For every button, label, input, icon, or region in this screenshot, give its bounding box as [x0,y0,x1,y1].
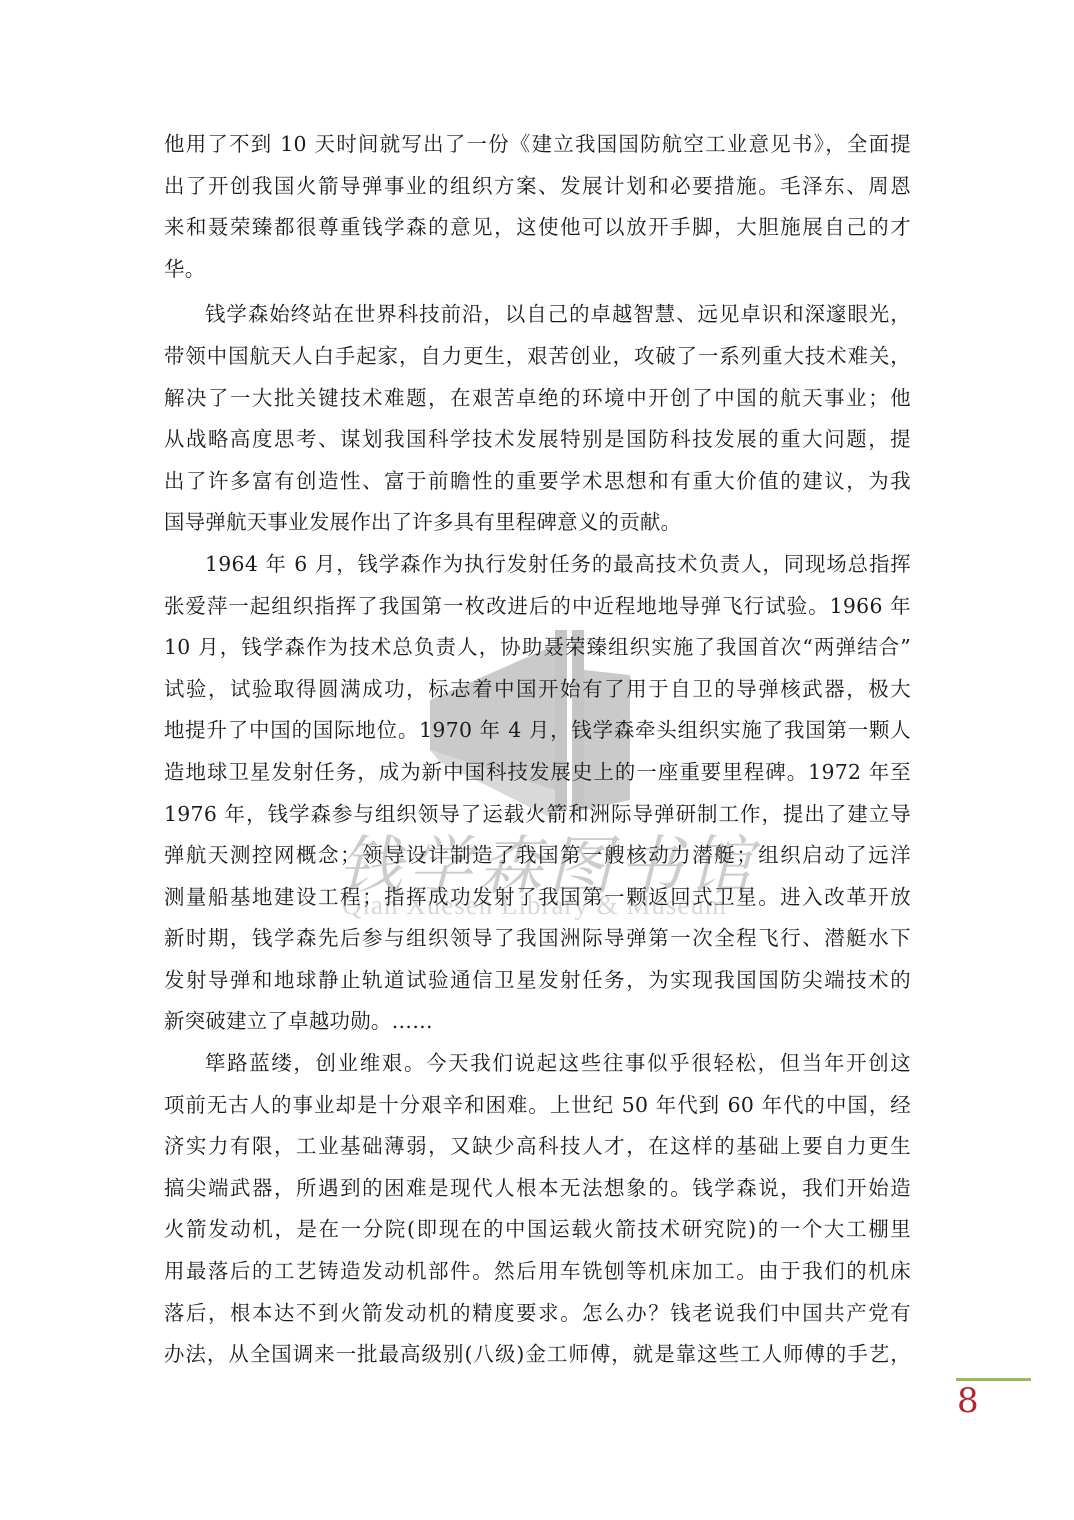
text-line: 新时期，钱学森先后参与组织领导了我国洲际导弹第一次全程飞行、潜艇水下 [164,918,911,960]
text-line: 筚路蓝缕，创业维艰。今天我们说起这些往事似乎很轻松，但当年开创这 [164,1043,911,1085]
text-line: 钱学森始终站在世界科技前沿，以自己的卓越智慧、远见卓识和深邃眼光， [164,294,911,336]
text-line: 火箭发动机，是在一分院(即现在的中国运载火箭技术研究院)的一个大工棚里 [164,1209,911,1251]
text-line: 张爱萍一起组织指挥了我国第一枚改进后的中近程地地导弹飞行试验。1966 年 [164,586,911,628]
body-text: 他用了不到 10 天时间就写出了一份《建立我国国防航空工业意见书》，全面提 出了… [164,124,911,1376]
paragraph-3: 1964 年 6 月，钱学森作为执行发射任务的最高技术负责人，同现场总指挥 张爱… [164,544,911,1043]
text-line: 10 月，钱学森作为技术总负责人，协助聂荣臻组织实施了我国首次“两弹结合” [164,627,911,669]
text-line: 1976 年，钱学森参与组织领导了运载火箭和洲际导弹研制工作，提出了建立导 [164,794,911,836]
text-line: 国导弹航天事业发展作出了许多具有里程碑意义的贡献。 [164,502,911,544]
text-line: 测量船基地建设工程；指挥成功发射了我国第一颗返回式卫星。进入改革开放 [164,877,911,919]
document-page: 钱学森图书馆 Qian Xuesen Library & Museum 他用了不… [0,0,1074,1520]
text-line: 项前无古人的事业却是十分艰辛和困难。上世纪 50 年代到 60 年代的中国，经 [164,1085,911,1127]
text-line: 地提升了中国的国际地位。1970 年 4 月，钱学森牵头组织实施了我国第一颗人 [164,710,911,752]
text-line: 新突破建立了卓越功勋。…… [164,1001,911,1043]
text-line: 济实力有限，工业基础薄弱，又缺少高科技人才，在这样的基础上要自力更生 [164,1126,911,1168]
text-line: 用最落后的工艺铸造发动机部件。然后用车铣刨等机床加工。由于我们的机床 [164,1251,911,1293]
paragraph-2: 钱学森始终站在世界科技前沿，以自己的卓越智慧、远见卓识和深邃眼光， 带领中国航天… [164,294,911,544]
text-line: 从战略高度思考、谋划我国科学技术发展特别是国防科技发展的重大问题，提 [164,419,911,461]
text-line: 1964 年 6 月，钱学森作为执行发射任务的最高技术负责人，同现场总指挥 [164,544,911,586]
text-line: 带领中国航天人白手起家，自力更生，艰苦创业，攻破了一系列重大技术难关， [164,336,911,378]
text-line: 弹航天测控网概念；领导设计制造了我国第一艘核动力潜艇；组织启动了远洋 [164,835,911,877]
text-line: 落后，根本达不到火箭发动机的精度要求。怎么办？钱老说我们中国共产党有 [164,1293,911,1335]
text-line: 出了开创我国火箭导弹事业的组织方案、发展计划和必要措施。毛泽东、周恩 [164,166,911,208]
text-line: 出了许多富有创造性、富于前瞻性的重要学术思想和有重大价值的建议，为我 [164,461,911,503]
text-line: 办法，从全国调来一批最高级别(八级)金工师傅，就是靠这些工人师傅的手艺， [164,1334,911,1376]
text-line: 他用了不到 10 天时间就写出了一份《建立我国国防航空工业意见书》，全面提 [164,124,911,166]
text-line: 试验，试验取得圆满成功，标志着中国开始有了用于自卫的导弹核武器，极大 [164,669,911,711]
paragraph-4: 筚路蓝缕，创业维艰。今天我们说起这些往事似乎很轻松，但当年开创这 项前无古人的事… [164,1043,911,1376]
page-number: 8 [957,1384,979,1418]
text-line: 华。 [164,249,911,291]
text-line: 来和聂荣臻都很尊重钱学森的意见，这使他可以放开手脚，大胆施展自己的才 [164,207,911,249]
paragraph-1: 他用了不到 10 天时间就写出了一份《建立我国国防航空工业意见书》，全面提 出了… [164,124,911,290]
text-line: 解决了一大批关键技术难题，在艰苦卓绝的环境中开创了中国的航天事业；他 [164,378,911,420]
text-line: 造地球卫星发射任务，成为新中国科技发展史上的一座重要里程碑。1972 年至 [164,752,911,794]
text-line: 搞尖端武器，所遇到的困难是现代人根本无法想象的。钱学森说，我们开始造 [164,1168,911,1210]
text-line: 发射导弹和地球静止轨道试验通信卫星发射任务，为实现我国国防尖端技术的 [164,960,911,1002]
